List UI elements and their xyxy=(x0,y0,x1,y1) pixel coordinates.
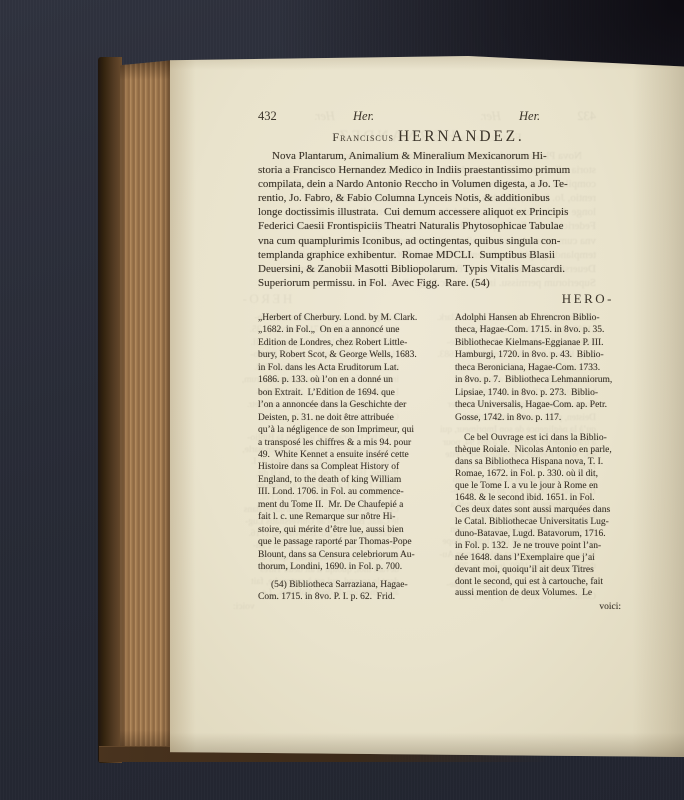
text-line: vna cum quamplurimis Iconibus, ad octing… xyxy=(258,234,608,248)
footnote-left: (54) Bibliotheca Sarraziana, Hagae-Com. … xyxy=(258,579,436,604)
text-line: (54) Bibliotheca Sarraziana, Hagae- xyxy=(258,579,436,591)
catchword-top: HERO- xyxy=(258,291,614,307)
text-line: Nova Plantarum, Animalium & Mineralium M… xyxy=(258,149,608,163)
catchword-bottom: voici: xyxy=(455,601,635,613)
text-line: l’on a annoncée dans la Geschichte der xyxy=(258,399,436,411)
text-line: fait l. c. une Remarque sur nôtre Hi- xyxy=(258,511,436,523)
text-line: theca Universalis, Hagae-Com. ap. Petr. xyxy=(455,399,635,411)
text-line: compilata, dein a Nardo Antonio Reccho i… xyxy=(258,177,608,191)
text-line: ment du Tome II. Mr. De Chaufepié a xyxy=(258,499,436,511)
text-line: III. Lond. 1706. in Fol. au commence- xyxy=(258,486,436,498)
entry-heading-surname: HERNANDEZ. xyxy=(398,128,525,145)
notes-right-text-top: Adolphi Hansen ab Ehrencron Biblio-theca… xyxy=(455,312,635,424)
running-title-right: Her. xyxy=(519,109,540,124)
text-line: duno-Batavae, Lugd. Batavorum, 1716. xyxy=(455,529,635,541)
text-line: in Fol. p. 132. Je ne trouve point l’an- xyxy=(455,541,635,553)
text-line: stoire, qui mérite d’être lue, aussi bie… xyxy=(258,524,436,536)
text-line: a transposé les chiffres & a mis 94. pou… xyxy=(258,437,436,449)
text-line: née 1648. dans l’Exemplaire que j’ai xyxy=(455,553,635,565)
text-line: Superiorum permissu. in Fol. Avec Figg. … xyxy=(258,276,608,290)
notes-left-text: „Herbert of Cherbury. Lond. by M. Clark.… xyxy=(258,312,436,574)
notes-right-column: Adolphi Hansen ab Ehrencron Biblio-theca… xyxy=(455,312,635,614)
page-number: 432 xyxy=(258,109,277,124)
text-line: Lipsiae, 1740. in 8vo. p. 273. Biblio- xyxy=(455,387,635,399)
text-line: Blount, dans sa Censura celebriorum Au- xyxy=(258,549,436,561)
entry-heading: Franciscus HERNANDEZ. xyxy=(258,128,599,146)
text-line: rentio, Jo. Fabro, & Fabio Columna Lynce… xyxy=(258,191,608,205)
text-line: Edition de Londres, chez Robert Little- xyxy=(258,337,436,349)
text-line: qu’à la négligence de son Imprimeur, qui xyxy=(258,424,436,436)
text-line: 1686. p. 133. où l’on en a donné un xyxy=(258,374,436,386)
text-line: Deuersini, & Zanobii Masotti Bibliopolar… xyxy=(258,262,608,276)
running-header: 432 Her. Her. xyxy=(170,109,684,125)
text-line: dont le second, qui est à cartouche, fai… xyxy=(455,577,635,589)
text-line: Hamburgi, 1720. in 8vo. p. 43. Biblio- xyxy=(455,349,635,361)
text-line: theca Beroniciana, Hagae-Com. 1733. xyxy=(455,362,635,374)
book-page: 432 Her. Her. Franciscus HERNANDEZ. Nova… xyxy=(170,56,684,757)
text-line: aussi mention de deux Volumes. Le xyxy=(455,588,635,600)
text-line: in 8vo. p. 7. Bibliotheca Lehmanniorum, xyxy=(455,374,635,386)
book-spine-edge xyxy=(98,57,122,763)
text-line: England, to the death of king William xyxy=(258,474,436,486)
text-line: Adolphi Hansen ab Ehrencron Biblio- xyxy=(455,312,635,324)
text-line: „1682. in Fol.„ On en a annoncé une xyxy=(258,324,436,336)
text-line: bon Extrait. L’Edition de 1694. que xyxy=(258,387,436,399)
text-line: Bibliothecae Kielmans-Eggianae P. III. xyxy=(455,337,635,349)
text-line: Gosse, 1742. in 8vo. p. 117. xyxy=(455,412,635,424)
text-line: storia a Francisco Hernandez Medico in I… xyxy=(258,163,608,177)
text-line: Romae, 1672. in Fol. p. 330. où il dit, xyxy=(455,469,635,481)
notes-left-column: „Herbert of Cherbury. Lond. by M. Clark.… xyxy=(258,312,436,603)
text-line: thèque Roiale. Nicolas Antonio en parle, xyxy=(455,445,635,457)
text-line: bury, Robert Scot, & George Wells, 1683. xyxy=(258,349,436,361)
entry-heading-forename: Franciscus xyxy=(332,130,394,144)
text-line: templanda graphice exhibentur. Romae MDC… xyxy=(258,248,608,262)
book-fore-edge xyxy=(120,59,171,758)
text-line: que le passage raporté par Thomas-Pope xyxy=(258,536,436,548)
main-entry-paragraph: Nova Plantarum, Animalium & Mineralium M… xyxy=(258,149,608,290)
text-line: devant moi, quoiqu’il ait deux Titres xyxy=(455,565,635,577)
text-line: theca, Hagae-Com. 1715. in 8vo. p. 35. xyxy=(455,324,635,336)
text-line: que le Tome I. a vu le jour à Rome en xyxy=(455,481,635,493)
text-line: 49. White Kennet a ensuite inséré cette xyxy=(258,449,436,461)
text-line: Com. 1715. in 8vo. P. I. p. 62. Frid. xyxy=(258,591,436,603)
running-title-left: Her. xyxy=(353,109,374,124)
text-line: Ces deux dates sont aussi marquées dans xyxy=(455,505,635,517)
text-line: „Herbert of Cherbury. Lond. by M. Clark. xyxy=(258,312,436,324)
notes-right-text-bottom: Ce bel Ouvrage est ici dans la Biblio-th… xyxy=(455,433,635,600)
text-line: Federici Caesii Frontispiciis Theatri Na… xyxy=(258,219,608,233)
text-line: longe doctissimis illustrata. Cui demum … xyxy=(258,205,608,219)
text-line: Histoire dans sa Compleat History of xyxy=(258,461,436,473)
text-line: thorum, Londini, 1690. in Fol. p. 700. xyxy=(258,561,436,573)
text-line: dans sa Bibliotheca Hispana nova, T. I. xyxy=(455,457,635,469)
text-line: Ce bel Ouvrage est ici dans la Biblio- xyxy=(455,433,635,445)
text-line: in Fol. dans les Acta Eruditorum Lat. xyxy=(258,362,436,374)
text-line: Deisten, p. 31. ne doit être attribuée xyxy=(258,412,436,424)
text-line: 1648. & le second ibid. 1651. in Fol. xyxy=(455,493,635,505)
page-content: 432 Her. Her. Franciscus HERNANDEZ. Nova… xyxy=(170,56,684,757)
text-line: le Catal. Bibliothecae Universitatis Lug… xyxy=(455,517,635,529)
